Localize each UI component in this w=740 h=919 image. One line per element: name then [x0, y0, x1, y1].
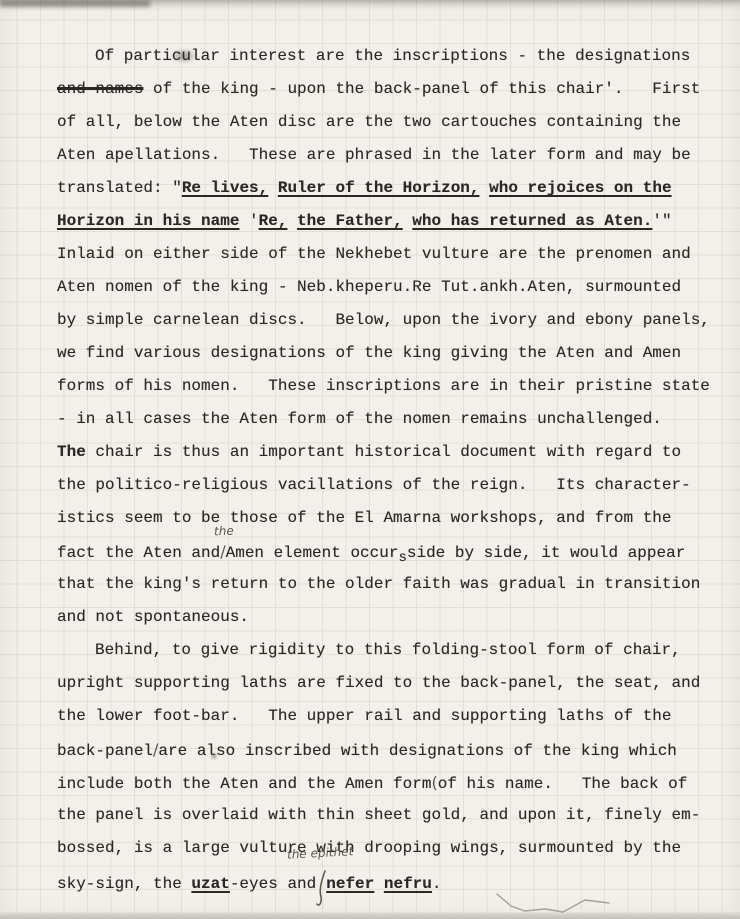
typed-text: are also inscribed with designations of …	[158, 742, 676, 760]
typed-line: Horizon in his name 'Re, the Father, who…	[57, 205, 717, 238]
typed-text: .	[432, 875, 442, 893]
typed-text: the panel is overlaid with thin sheet go…	[57, 806, 700, 824]
typed-text: upright supporting laths are fixed to th…	[57, 674, 700, 692]
struck-out-text: and names	[57, 80, 143, 98]
typed-line: and names of the king - upon the back-pa…	[57, 73, 717, 106]
underlined-phrase: Re,	[259, 212, 288, 230]
typed-line: the lower foot-bar. The upper rail and s…	[57, 700, 717, 733]
typed-text: -eyes and	[230, 875, 316, 893]
typed-line: of all, below the Aten disc are the two …	[57, 106, 717, 139]
typed-text: Inlaid on either side of the Nekhebet vu…	[57, 245, 691, 263]
underlined-phrase: nefer	[326, 875, 374, 893]
typed-line: the panel is overlaid with thin sheet go…	[57, 799, 717, 832]
typed-text: '"	[652, 212, 671, 230]
typed-text: back-panel	[57, 742, 153, 760]
typed-text: chair is thus an important historical do…	[86, 443, 681, 461]
typed-text: the lower foot-bar. The upper rail and s…	[57, 707, 672, 725]
handwritten-insertion-the: the	[214, 524, 234, 539]
typed-text: Behind, to give rigidity to this folding…	[95, 641, 681, 659]
typed-text: by simple carnelean discs. Below, upon t…	[57, 311, 710, 329]
typed-text	[268, 179, 278, 197]
typed-line: that the king's return to the older fait…	[57, 568, 717, 601]
scan-edge-top-left-smudge	[0, 0, 150, 7]
typed-text: forms of his nomen. These inscriptions a…	[57, 377, 710, 395]
typed-line: by simple carnelean discs. Below, upon t…	[57, 304, 717, 337]
pencil-squiggle	[495, 888, 615, 916]
typed-text: sky-sign, the	[57, 875, 191, 893]
typed-line: istics seem to be those of the El Amarna…	[57, 502, 717, 535]
underlined-phrase: who has returned as Aten.	[412, 212, 652, 230]
typed-text: Amen element occur	[226, 544, 399, 562]
inserted-letter: s	[398, 542, 406, 575]
typed-line: and not spontaneous.	[57, 601, 717, 634]
typed-line: Of particular interest are the inscripti…	[57, 40, 717, 73]
typed-text: bossed, is a large vulture with drooping…	[57, 839, 681, 857]
typed-text: '	[239, 212, 258, 230]
typed-line: sky-sign, the uzat-eyes andnefer nefru.	[57, 865, 717, 898]
typed-text	[374, 875, 384, 893]
typed-text: and not spontaneous.	[57, 608, 249, 626]
typed-line: - in all cases the Aten form of the nome…	[57, 403, 717, 436]
typed-text: side by side, it would appear	[407, 544, 685, 562]
insertion-caret-mark	[316, 870, 326, 908]
underlined-phrase: the Father,	[297, 212, 403, 230]
typed-text: Aten apellations. These are phrased in t…	[57, 146, 691, 164]
typed-text: Aten nomen of the king - Neb.kheperu.Re …	[57, 278, 681, 296]
typed-text: that the king's return to the older fait…	[57, 575, 700, 593]
typed-text: of the king - upon the back-panel of thi…	[143, 80, 700, 98]
typed-line: The chair is thus an important historica…	[57, 436, 717, 469]
typed-line: back-panel/are also inscribed with desig…	[57, 733, 717, 766]
typed-line: we find various designations of the king…	[57, 337, 717, 370]
ink-smudge	[170, 48, 198, 64]
underlined-phrase: who rejoices on the	[489, 179, 671, 197]
typed-line: Aten apellations. These are phrased in t…	[57, 139, 717, 172]
typed-line: translated: "Re lives, Ruler of the Hori…	[57, 172, 717, 205]
typed-text	[403, 212, 413, 230]
typed-text: - in all cases the Aten form of the nome…	[57, 410, 662, 428]
typed-line: the politico-religious vacillations of t…	[57, 469, 717, 502]
underlined-phrase: Re lives,	[182, 179, 268, 197]
typed-line: Inlaid on either side of the Nekhebet vu…	[57, 238, 717, 271]
typed-text: translated: "	[57, 179, 182, 197]
typed-text: fact the Aten and	[57, 544, 220, 562]
typed-text: we find various designations of the king…	[57, 344, 681, 362]
typed-line: fact the Aten and/Amen element occurssid…	[57, 535, 717, 568]
typed-lines: Of particular interest are the inscripti…	[57, 40, 717, 898]
typed-line: Behind, to give rigidity to this folding…	[57, 634, 717, 667]
typed-line: upright supporting laths are fixed to th…	[57, 667, 717, 700]
underlined-phrase: Ruler of the Horizon,	[278, 179, 480, 197]
typed-text	[287, 212, 297, 230]
typed-line: include both the Aten and the Amen form(…	[57, 766, 717, 799]
typed-text: of his name. The back of	[438, 775, 688, 793]
underlined-phrase: nefru	[384, 875, 432, 893]
manuscript-page: { "page": { "kind": "typewritten manuscr…	[0, 0, 740, 919]
typed-line: forms of his nomen. These inscriptions a…	[57, 370, 717, 403]
typed-text	[480, 179, 490, 197]
faint-pencil-dot	[211, 753, 217, 759]
underlined-phrase: Horizon in his name	[57, 212, 239, 230]
typed-line: Aten nomen of the king - Neb.kheperu.Re …	[57, 271, 717, 304]
typed-line: bossed, is a large vulture with drooping…	[57, 832, 717, 865]
emphasized-word: The	[57, 443, 86, 461]
scan-edge-bottom	[0, 912, 740, 919]
underlined-phrase: uzat	[191, 875, 229, 893]
typed-text: the politico-religious vacillations of t…	[57, 476, 691, 494]
typed-text: of all, below the Aten disc are the two …	[57, 113, 681, 131]
typed-text: istics seem to be those of the El Amarna…	[57, 509, 672, 527]
typed-text: include both the Aten and the Amen form	[57, 775, 431, 793]
